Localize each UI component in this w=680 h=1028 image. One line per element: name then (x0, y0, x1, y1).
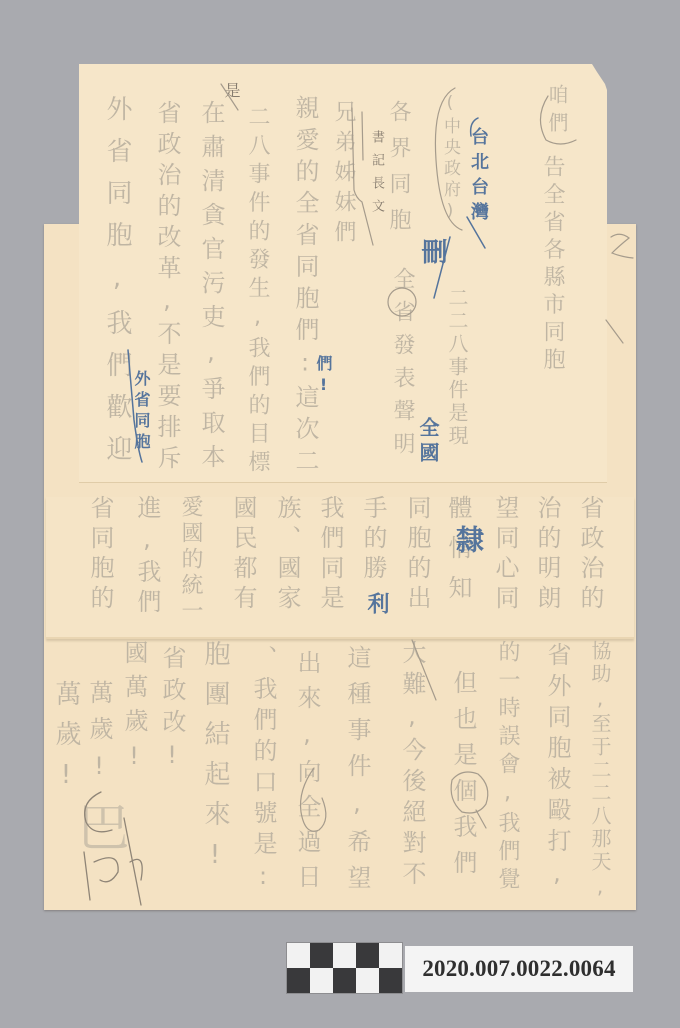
text-column: 各界同胞 (387, 100, 409, 244)
text-column: 省政改! (160, 645, 184, 777)
annotation-blue: 們! (315, 355, 331, 398)
scale-cell (310, 943, 333, 968)
text-column: 但也是個我們 (451, 670, 475, 886)
text-column: 族、國家 (275, 495, 299, 615)
text-column: 全省發表聲明 (391, 267, 413, 465)
annotation-blue: 隸 (454, 525, 482, 553)
scale-cell (333, 943, 356, 968)
annotation-pencil: 書記長文 (370, 130, 383, 222)
scale-cell (310, 968, 333, 993)
text-column: 的一時誤會,我們覺 (496, 640, 518, 895)
text-column: 國萬歲! (122, 640, 146, 780)
text-column: 望同心同 (493, 495, 517, 615)
text-column: 萬歲! (53, 680, 79, 804)
signature: 巴 (72, 800, 124, 852)
scale-cell (287, 943, 310, 968)
title-column: 告全省各縣市同胞 (541, 155, 563, 375)
text-column: 大難,今後絕對不 (400, 640, 424, 892)
text-column: 省外同胞被毆打, (545, 642, 569, 894)
text-column: 外省同胞,我們歡迎 (104, 95, 130, 477)
accession-number-label: 2020.007.0022.0064 (405, 946, 633, 992)
text-column: 省政治的 (578, 495, 602, 615)
accession-number: 2020.007.0022.0064 (422, 956, 615, 982)
scale-cell (356, 943, 379, 968)
text-column: 國民都有 (231, 495, 255, 615)
annotation-blue: 全國 (418, 417, 438, 467)
annotation-pencil: 是 (223, 82, 239, 98)
text-column: 進,我們 (135, 495, 159, 619)
text-column: 萬歲! (87, 680, 111, 792)
text-column: 在肅清貪官污吏,爭取本 (199, 100, 223, 478)
text-column: 省政治的改革,不是要排斥 (155, 100, 179, 476)
text-column: 二八事件的發生,我們的目標 (246, 105, 268, 479)
text-column: 體情知 (446, 495, 470, 615)
text-column: 二二八事件是現 (447, 287, 467, 448)
scale-cell (379, 968, 402, 993)
salutation-circled: 咱們 (547, 84, 567, 140)
text-column: 我們同是 (318, 495, 342, 615)
text-column: (中央政府) (441, 93, 458, 225)
text-column: 治的明朗 (535, 495, 559, 615)
text-column: 手的勝 (361, 495, 385, 585)
annotation-blue: 台北台灣 (469, 127, 487, 227)
text-column: 同胞的出 (405, 495, 429, 615)
color-scale-bar (287, 943, 402, 993)
scale-cell (333, 968, 356, 993)
text-column: 協助,至于二二八那天, (590, 640, 610, 901)
annotation-blue: 外省同胞 (133, 370, 149, 454)
text-column: 、我們的口號是: (251, 645, 275, 897)
text-column: 這種事件,希望 (345, 645, 369, 901)
scale-cell (287, 968, 310, 993)
text-column: 親愛的全省同胞們:這次二 (293, 95, 317, 479)
text-column: 愛國的統一 (179, 495, 201, 625)
text-column: 胞團結起來! (202, 640, 228, 884)
scale-cell (356, 968, 379, 993)
text-column: 省同胞的 (88, 495, 112, 615)
scale-cell (379, 943, 402, 968)
annotation-deleted: 刪 (419, 238, 445, 264)
text-column: 出來,向全過日 (295, 650, 319, 899)
text-column: 兄弟姊妹們 (332, 100, 354, 250)
annotation-blue: 利 (365, 592, 387, 614)
